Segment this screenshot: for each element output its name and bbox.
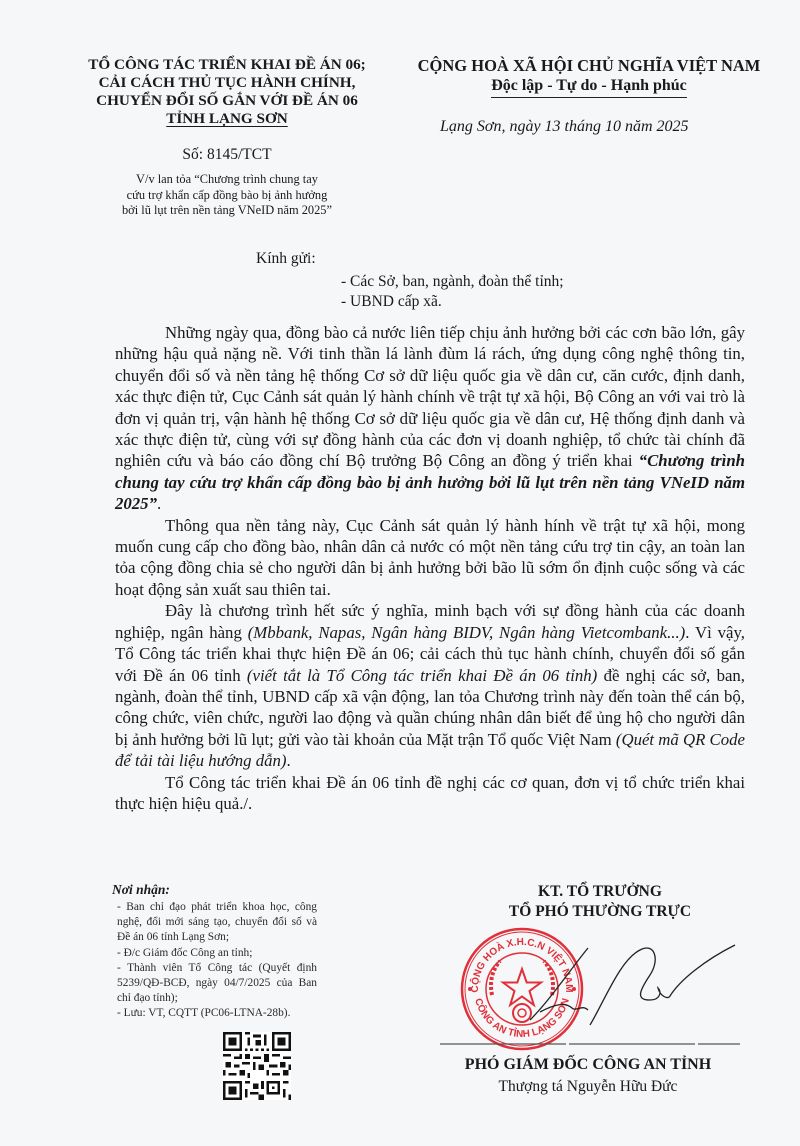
paragraph-1: Những ngày qua, đồng bào cả nước liên ti… (115, 322, 745, 515)
document-number: Số: 8145/TCT (62, 146, 392, 164)
recipient-item: - Các Sở, ban, ngành, đoàn thể tỉnh; (341, 272, 564, 292)
org-line: CẢI CÁCH THỦ TỤC HÀNH CHÍNH, (62, 74, 392, 92)
nation-title: CỘNG HOÀ XÃ HỘI CHỦ NGHĨA VIỆT NAM (404, 56, 774, 76)
distribution-list: - Ban chỉ đạo phát triển khoa học, công … (117, 900, 317, 1022)
qr-code-icon[interactable] (223, 1032, 291, 1100)
paragraph-3: Đây là chương trình hết sức ý nghĩa, min… (115, 600, 745, 771)
signer-name: Thượng tá Nguyễn Hữu Đức (418, 1078, 758, 1096)
paragraph-4: Tổ Công tác triển khai Đề án 06 tỉnh đề … (115, 772, 745, 815)
document-body: Những ngày qua, đồng bào cả nước liên ti… (115, 322, 745, 814)
signature-authority: KT. TỔ TRƯỞNG TỔ PHÓ THƯỜNG TRỰC (440, 882, 760, 922)
recipients-label: Kính gửi: (256, 250, 316, 268)
org-line: TỈNH LẠNG SƠN (166, 110, 288, 127)
handwritten-signature-icon (510, 930, 740, 1030)
distribution-item: - Lưu: VT, CQTT (PC06-LTNA-28b). (117, 1006, 317, 1021)
distribution-label: Nơi nhận: (112, 882, 312, 898)
distribution-item: - Ban chỉ đạo phát triển khoa học, công … (117, 900, 317, 946)
recipients-list: - Các Sở, ban, ngành, đoàn thể tỉnh; - U… (341, 272, 564, 312)
org-line: CHUYỂN ĐỔI SỐ GẮN VỚI ĐỀ ÁN 06 (62, 92, 392, 110)
issuing-organization: TỔ CÔNG TÁC TRIỂN KHAI ĐỀ ÁN 06; CẢI CÁC… (62, 56, 392, 128)
abbreviation-note: (viết tắt là Tổ Công tác triển khai Đề á… (247, 666, 597, 685)
org-line: TỔ CÔNG TÁC TRIỂN KHAI ĐỀ ÁN 06; (62, 56, 392, 74)
distribution-item: - Đ/c Giám đốc Công an tỉnh; (117, 946, 317, 961)
document-subject: V/v lan tỏa “Chương trình chung tay cứu … (62, 172, 392, 219)
paragraph-2: Thông qua nền tảng này, Cục Cảnh sát quả… (115, 515, 745, 601)
place-date: Lạng Sơn, ngày 13 tháng 10 năm 2025 (440, 118, 780, 136)
subject-line: V/v lan tỏa “Chương trình chung tay (62, 172, 392, 188)
national-motto: Độc lập - Tự do - Hạnh phúc (491, 76, 687, 98)
bank-list: (Mbbank, Napas, Ngân hàng BIDV, Ngân hàn… (248, 623, 686, 642)
distribution-item: - Thành viên Tổ Công tác (Quyết định 523… (117, 961, 317, 1007)
subject-line: bởi lũ lụt trên nền tảng VNeID năm 2025” (62, 203, 392, 219)
subject-line: cứu trợ khẩn cấp đồng bào bị ảnh hưởng (62, 188, 392, 204)
national-header: CỘNG HOÀ XÃ HỘI CHỦ NGHĨA VIỆT NAM Độc l… (404, 56, 774, 98)
authority-line: KT. TỔ TRƯỞNG (440, 882, 760, 902)
signer-position: PHÓ GIÁM ĐỐC CÔNG AN TỈNH (418, 1056, 758, 1074)
signature-underline (440, 1043, 740, 1045)
document-page: TỔ CÔNG TÁC TRIỂN KHAI ĐỀ ÁN 06; CẢI CÁC… (0, 0, 800, 1146)
recipient-item: - UBND cấp xã. (341, 292, 564, 312)
authority-line: TỔ PHÓ THƯỜNG TRỰC (440, 902, 760, 922)
